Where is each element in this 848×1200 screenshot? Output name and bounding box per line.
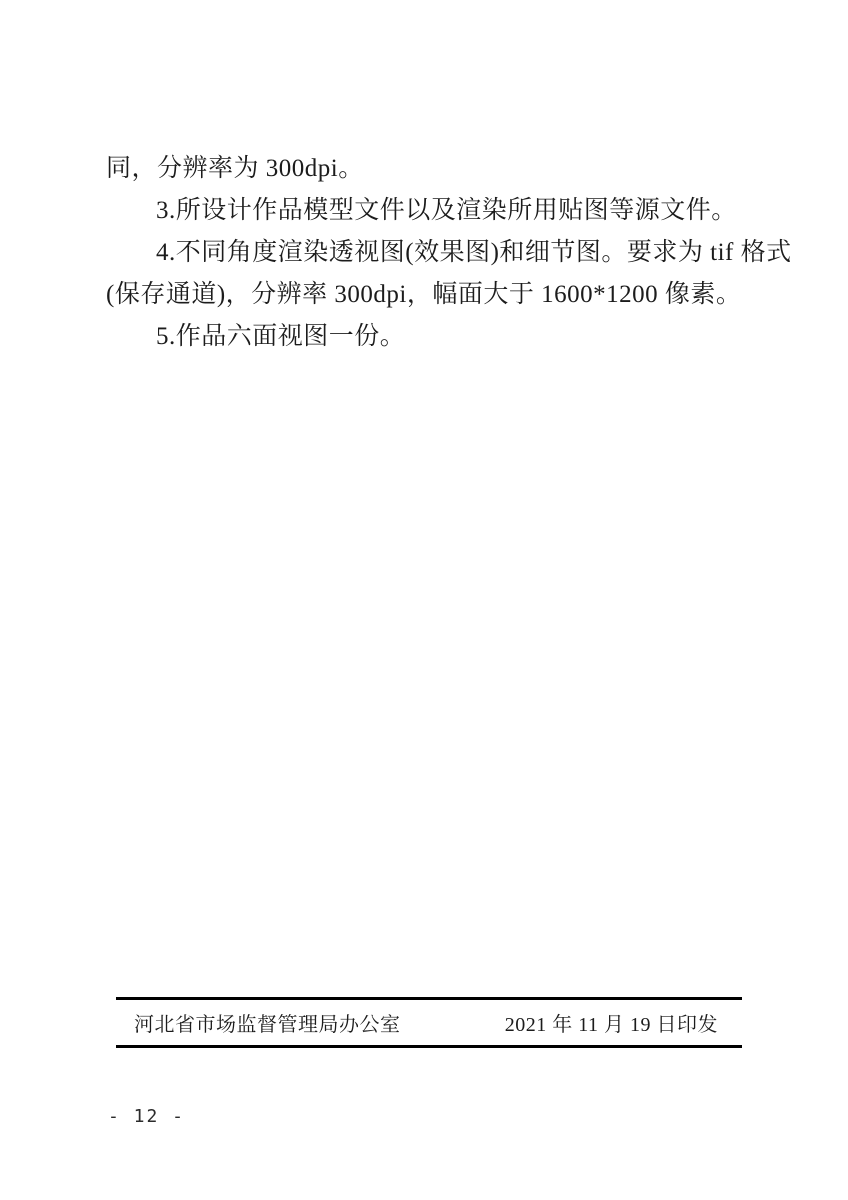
print-date-label: 2021 年 11 月 19 日印发 (505, 1008, 718, 1037)
body-line-3: 4.不同角度渲染透视图(效果图)和细节图。要求为 tif 格式 (106, 232, 746, 274)
page-number: - 12 - (108, 1106, 185, 1127)
colophon-rule-bottom (116, 1045, 742, 1048)
body-line-5: 5.作品六面视图一份。 (106, 316, 746, 358)
body-line-1: 同，分辨率为 300dpi。 (106, 148, 746, 190)
document-page: 同，分辨率为 300dpi。 3.所设计作品模型文件以及渲染所用贴图等源文件。 … (0, 0, 848, 1200)
body-line-2: 3.所设计作品模型文件以及渲染所用贴图等源文件。 (106, 190, 746, 232)
issuing-office-label: 河北省市场监督管理局办公室 (134, 1008, 401, 1037)
body-line-4: (保存通道)，分辨率 300dpi，幅面大于 1600*1200 像素。 (106, 274, 746, 316)
document-body: 同，分辨率为 300dpi。 3.所设计作品模型文件以及渲染所用贴图等源文件。 … (106, 148, 746, 358)
colophon: 河北省市场监督管理局办公室 2021 年 11 月 19 日印发 (116, 1000, 742, 1045)
